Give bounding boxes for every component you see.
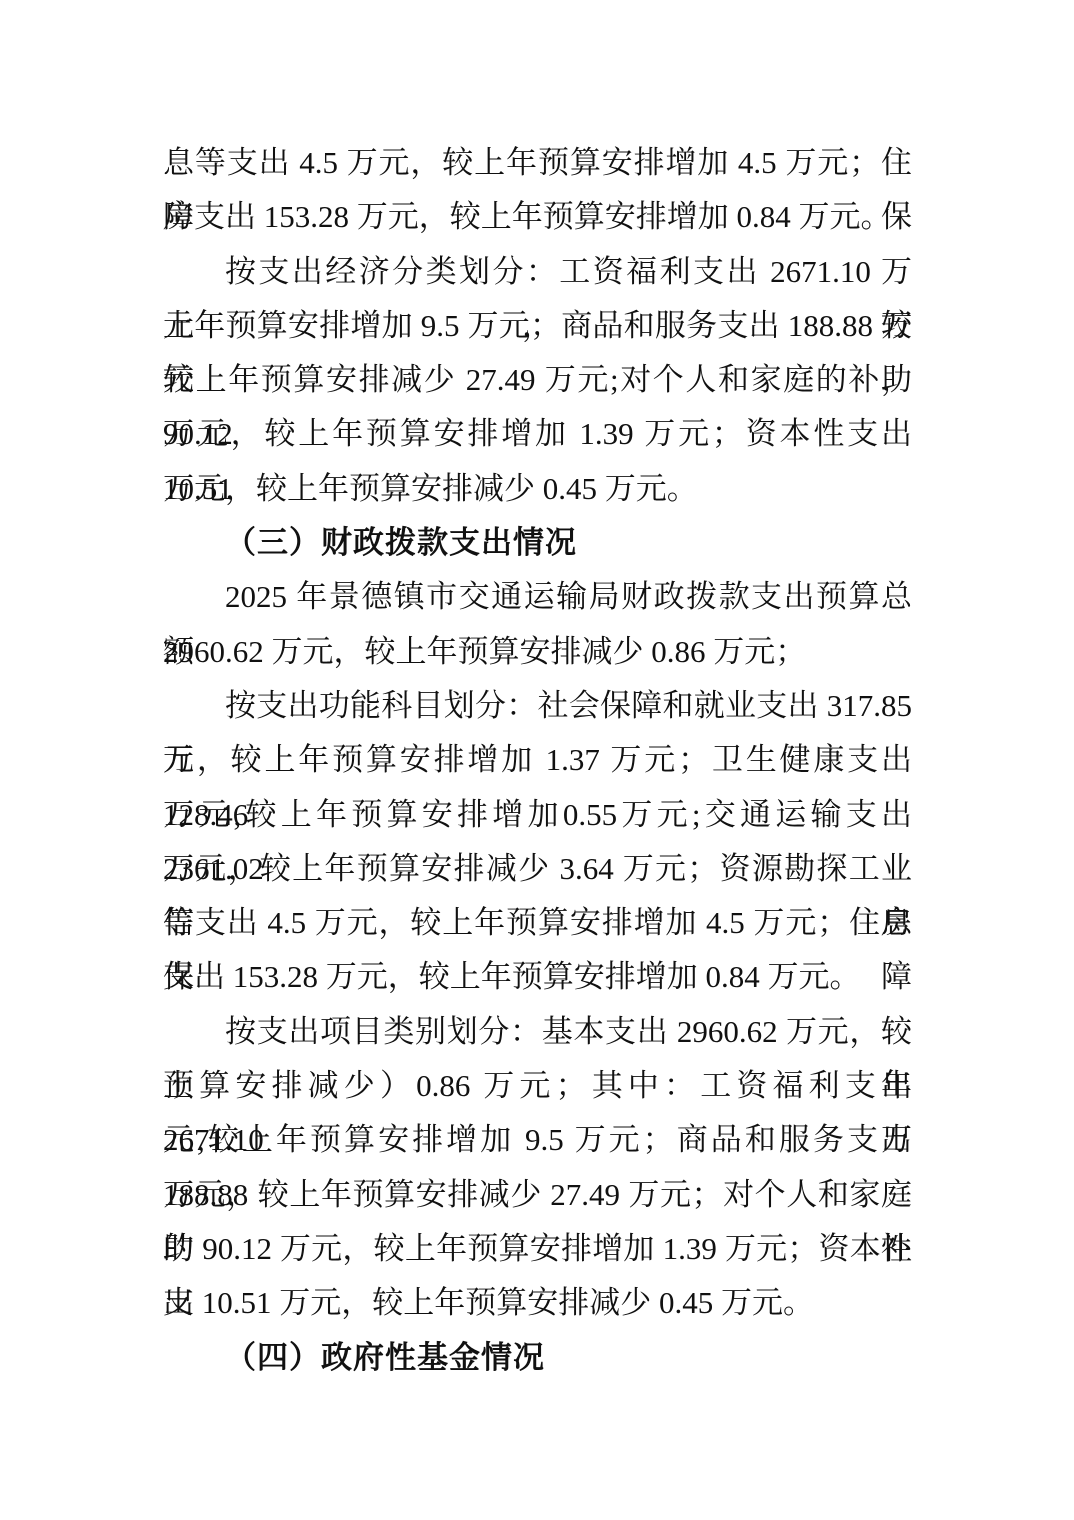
text-line: 元,较上年预算安排增加 9.5 万元；商品和服务支出 188.88 <box>163 1113 912 1167</box>
text-line: 支出 153.28 万元，较上年预算安排增加 0.84 万元。 <box>163 950 912 1004</box>
document-page: 息等支出 4.5 万元，较上年预算安排增加 4.5 万元；住房保 障支出 153… <box>0 0 1074 1520</box>
text-line: 障支出 153.28 万元，较上年预算安排增加 0.84 万元。 <box>163 190 912 244</box>
text-line: 较上年预算安排减少 27.49 万元;对个人和家庭的补助90.12 <box>163 353 912 407</box>
section-heading-3: （三）财政拨款支出情况 <box>163 516 912 570</box>
text-line: 助 90.12 万元，较上年预算安排增加 1.39 万元；资本性支 <box>163 1222 912 1276</box>
text-line: 2025 年景德镇市交通运输局财政拨款支出预算总额 <box>163 570 912 624</box>
text-line: 万元，较上年预算安排增加 1.39 万元；资本性支出 10.51 <box>163 407 912 461</box>
text-line: 息等支出 4.5 万元，较上年预算安排增加 4.5 万元；住房保 <box>163 136 912 190</box>
text-line: 按支出项目类别划分：基本支出 2960.62 万元，较上年 <box>163 1005 912 1059</box>
text-line: 万元，较上年预算安排减少 27.49 万元；对个人和家庭的补 <box>163 1168 912 1222</box>
text-line: 元，较上年预算安排增加 1.37 万元；卫生健康支出 128.46 <box>163 733 912 787</box>
text-line: 按支出经济分类划分：工资福利支出 2671.10 万元，较 <box>163 245 912 299</box>
text-line: 万元，较上年预算安排减少 0.45 万元。 <box>163 462 912 516</box>
text-line: 预算安排减少）0.86 万元；其中：工资福利支出 2671.10 万 <box>163 1059 912 1113</box>
text-line: 出 10.51 万元，较上年预算安排减少 0.45 万元。 <box>163 1276 912 1330</box>
document-body: 息等支出 4.5 万元，较上年预算安排增加 4.5 万元；住房保 障支出 153… <box>163 136 912 1385</box>
text-line: 上年预算安排增加 9.5 万元；商品和服务支出 188.88 万元， <box>163 299 912 353</box>
text-line: 万元，较上年预算安排减少 3.64 万元；资源勘探工业信息 <box>163 842 912 896</box>
text-line: 等支出 4.5 万元，较上年预算安排增加 4.5 万元；住房保障 <box>163 896 912 950</box>
text-line: 按支出功能科目划分：社会保障和就业支出 317.85 万 <box>163 679 912 733</box>
text-line: 万元,较上年预算安排增加0.55万元;交通运输支出2361.02 <box>163 788 912 842</box>
section-heading-4: （四）政府性基金情况 <box>163 1331 912 1385</box>
text-line: 2960.62 万元，较上年预算安排减少 0.86 万元； <box>163 625 912 679</box>
